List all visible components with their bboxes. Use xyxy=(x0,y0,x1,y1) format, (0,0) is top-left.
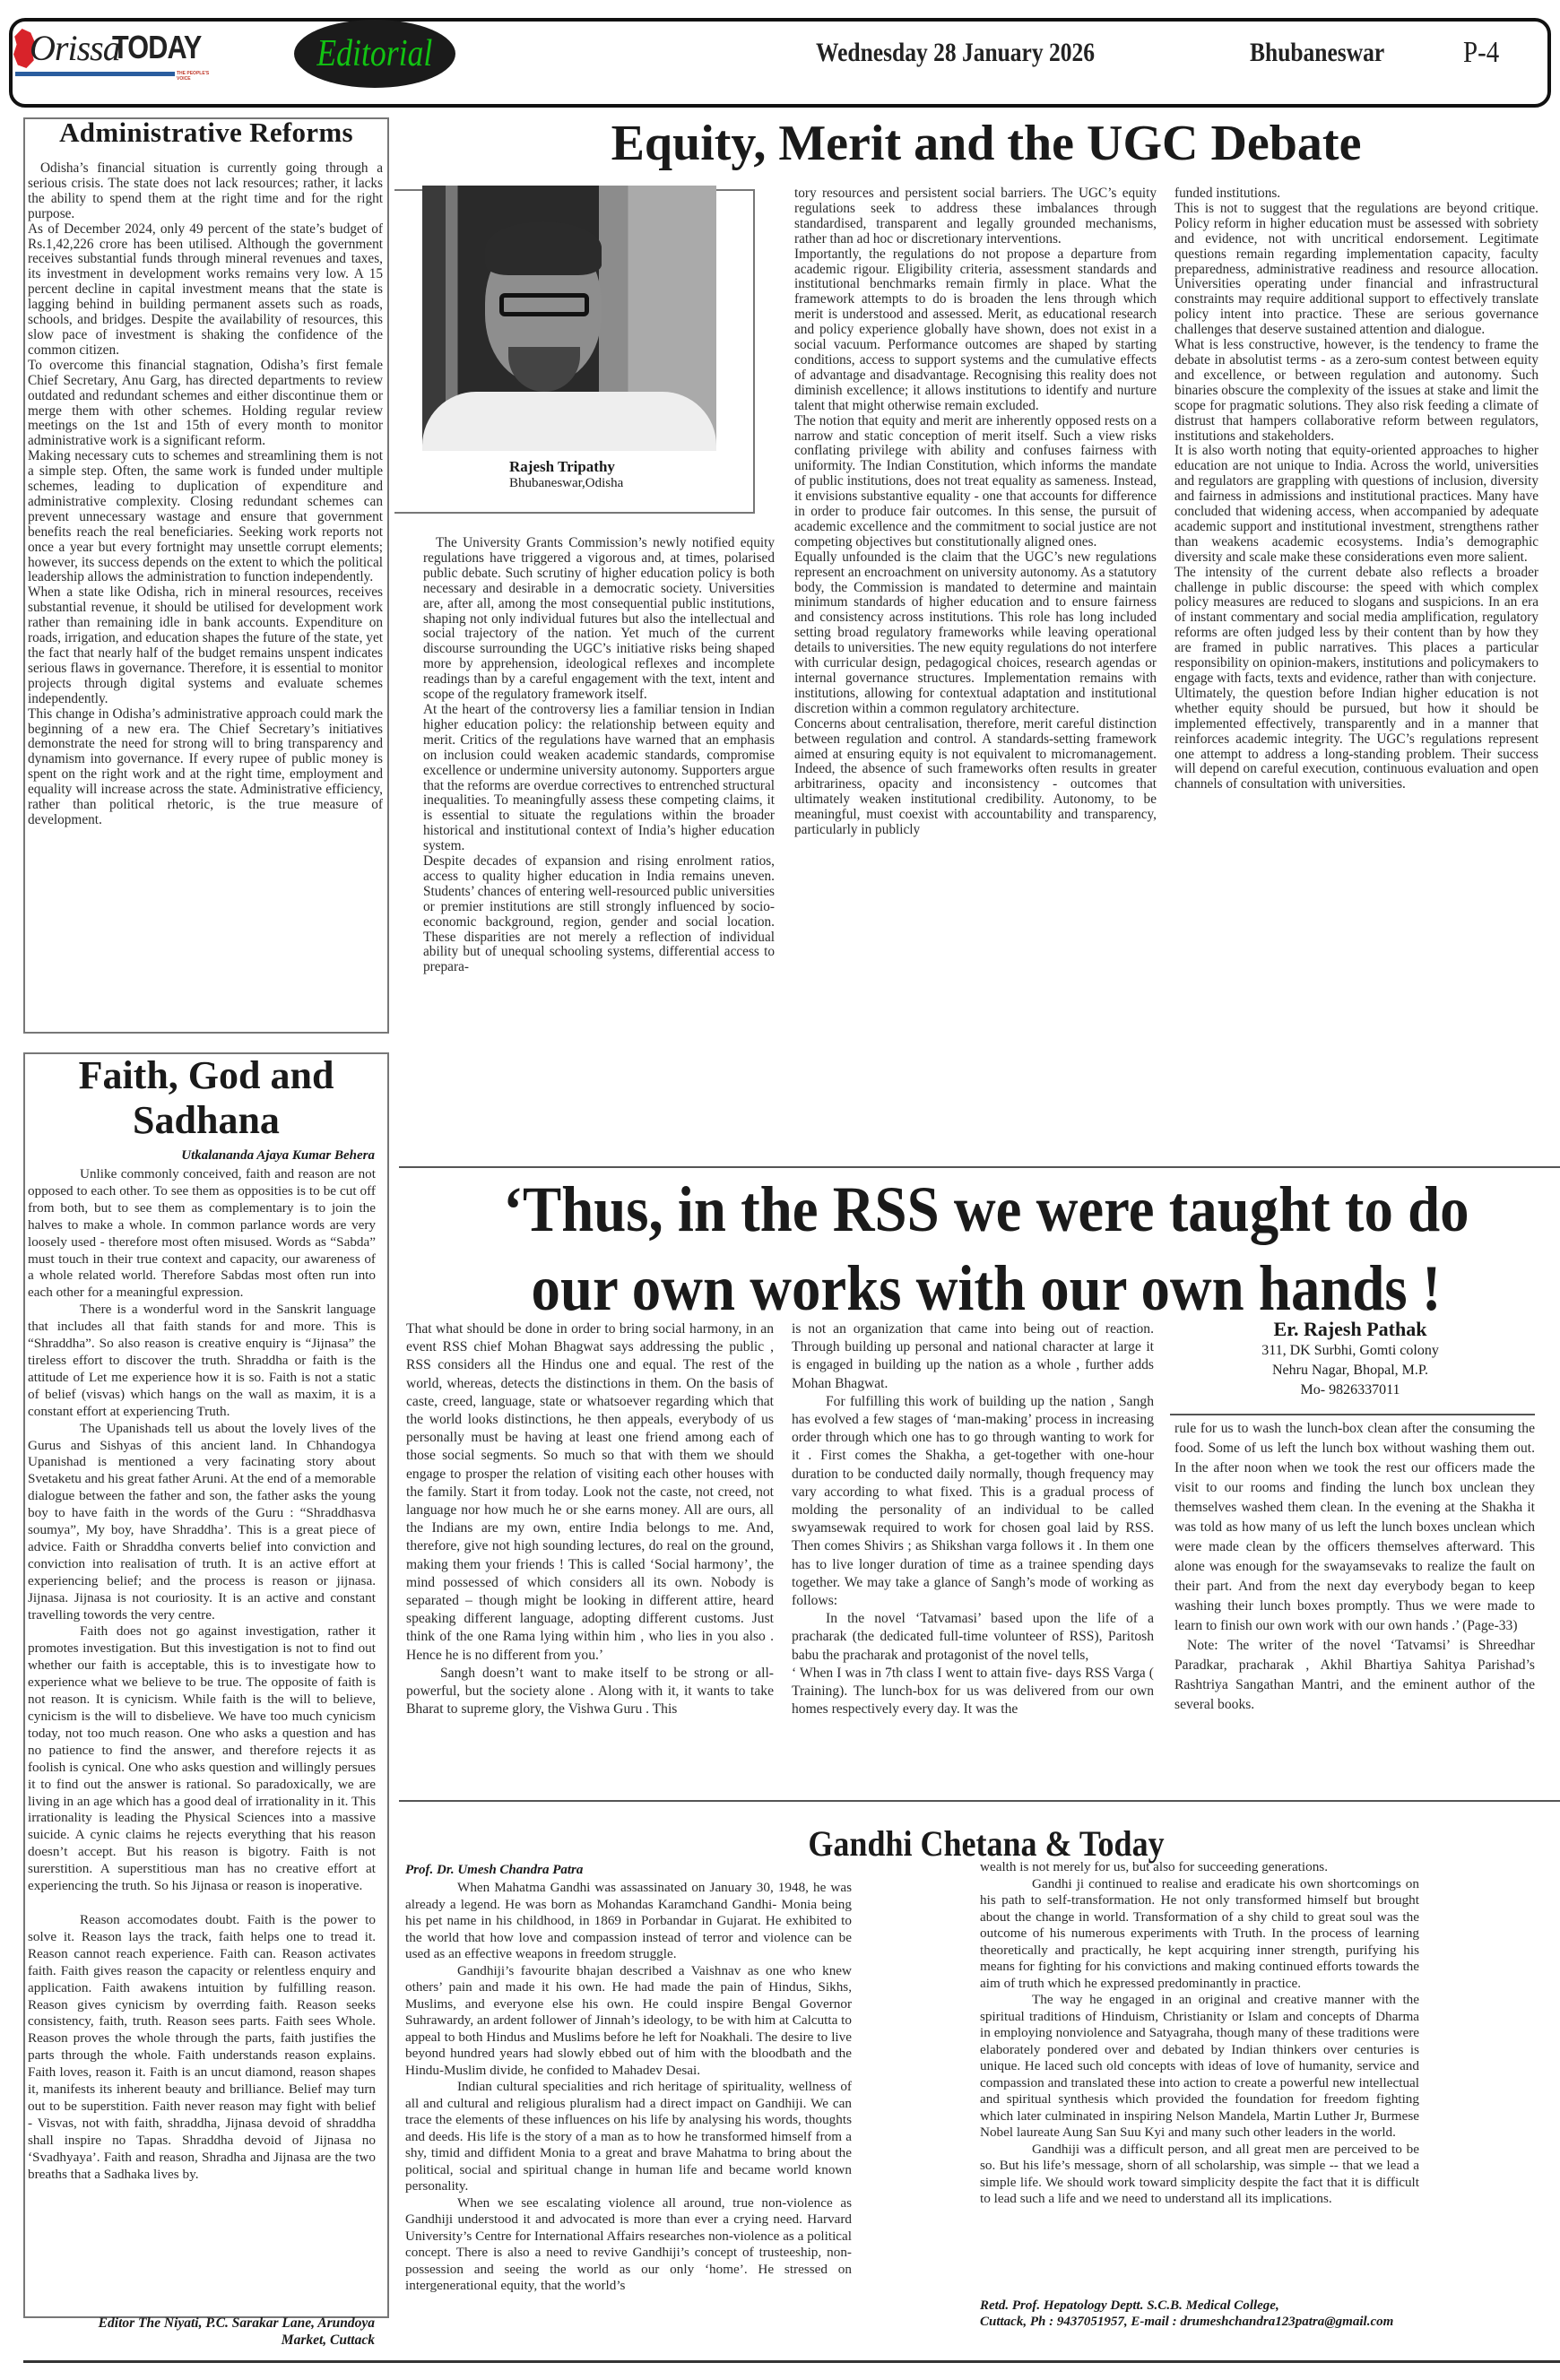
editorial-section-badge: Editorial xyxy=(294,20,455,88)
orissa-today-logo[interactable]: Orissa TODAY THE PEOPLE'S VOICE xyxy=(13,27,220,81)
paragraph: wealth is not merely for us, but also fo… xyxy=(980,1859,1419,1876)
author-divider xyxy=(1170,1414,1535,1415)
paragraph: This is not to suggest that the regulati… xyxy=(1174,202,1538,338)
equity-column-1: The University Grants Commission’s newly… xyxy=(423,536,775,975)
rss-author-name: Er. Rajesh Pathak xyxy=(1166,1318,1535,1341)
paragraph: Odisha’s financial situation is currentl… xyxy=(28,161,383,222)
faith-article-title: Faith, God and Sadhana xyxy=(24,1053,388,1143)
paragraph: The notion that equity and merit are inh… xyxy=(794,414,1157,550)
section-divider xyxy=(399,1800,1560,1802)
paragraph: ‘ When I was in 7th class I went to atta… xyxy=(792,1665,1154,1719)
paragraph: It is also worth noting that equity-orie… xyxy=(1174,444,1538,565)
paragraph: Gandhiji’s favourite bhajan described a … xyxy=(405,1963,852,2080)
paragraph: tory resources and persistent social bar… xyxy=(794,186,1157,247)
faith-footer-line2: Market, Cuttack xyxy=(282,2332,375,2348)
paragraph: This change in Odisha’s administrative a… xyxy=(28,707,383,828)
rss-column-1: That what should be done in order to bri… xyxy=(406,1320,774,1718)
paragraph: Making necessary cuts to schemes and str… xyxy=(28,449,383,585)
faith-footer: Editor The Niyati, P.C. Sarakar Lane, Ar… xyxy=(27,2315,375,2349)
logo-today-text: TODAY xyxy=(112,29,201,66)
paragraph: When a state like Odisha, rich in minera… xyxy=(28,585,383,706)
rss-column-3: rule for us to wash the lunch-box clean … xyxy=(1174,1419,1535,1715)
rss-author-address1: 311, DK Surbhi, Gomti colony xyxy=(1166,1341,1535,1361)
paragraph: Reason accomodates doubt. Faith is the p… xyxy=(28,1912,376,2184)
admin-reforms-title: Administrative Reforms xyxy=(24,117,388,149)
paragraph: The Upanishads tell us about the lovely … xyxy=(28,1421,376,1624)
paragraph: Equally unfounded is the claim that the … xyxy=(794,550,1157,717)
gandhi-column-2: wealth is not merely for us, but also fo… xyxy=(980,1859,1419,2208)
photo-glasses xyxy=(499,293,589,316)
paragraph: Indian cultural specialities and rich he… xyxy=(405,2079,852,2195)
faith-title-line1: Faith, God and xyxy=(79,1053,334,1097)
paragraph: Gandhiji was a difficult person, and all… xyxy=(980,2142,1419,2208)
paragraph: When we see escalating violence all arou… xyxy=(405,2195,852,2295)
paragraph: The intensity of the current debate also… xyxy=(1174,566,1538,687)
faith-footer-line1: Editor The Niyati, P.C. Sarakar Lane, Ar… xyxy=(99,2315,375,2331)
faith-author: Utkalananda Ajaya Kumar Behera xyxy=(27,1148,375,1164)
rss-title-line2: our own works with our own hands ! xyxy=(532,1252,1442,1324)
rss-article-title: ‘Thus, in the RSS we were taught to do o… xyxy=(470,1170,1503,1328)
logo-underline xyxy=(15,72,175,76)
paragraph: There is a wonderful word in the Sanskri… xyxy=(28,1302,376,1420)
paragraph: For fulfilling this work of building up … xyxy=(792,1393,1154,1610)
equity-article-title: Equity, Merit and the UGC Debate xyxy=(502,115,1470,172)
paragraph: That what should be done in order to bri… xyxy=(406,1320,774,1665)
gandhi-author: Prof. Dr. Umesh Chandra Patra xyxy=(405,1863,583,1878)
author-location: Bhubaneswar,Odisha xyxy=(509,476,623,491)
editorial-label: Editorial xyxy=(317,32,433,75)
gandhi-article-title: Gandhi Chetana & Today xyxy=(470,1822,1503,1865)
paragraph: Concerns about centralisation, therefore… xyxy=(794,717,1157,838)
paragraph: Despite decades of expansion and rising … xyxy=(423,854,775,975)
rss-author-address2: Nehru Nagar, Bhopal, M.P. xyxy=(1166,1361,1535,1380)
photo-beard xyxy=(508,347,580,392)
paragraph: Unlike commonly conceived, faith and rea… xyxy=(28,1166,376,1302)
page-number: P-4 xyxy=(1463,36,1499,70)
edition-city: Bhubaneswar xyxy=(1250,38,1384,68)
paragraph: The University Grants Commission’s newly… xyxy=(423,536,775,703)
issue-date: Wednesday 28 January 2026 xyxy=(816,38,1095,68)
gandhi-footer-email[interactable]: Cuttack, Ph : 9437051957, E-mail : drume… xyxy=(980,2315,1393,2329)
photo-coat xyxy=(422,392,716,451)
author-photo xyxy=(422,186,716,451)
paragraph: The way he engaged in an original and cr… xyxy=(980,1992,1419,2142)
paragraph: When Mahatma Gandhi was assassinated on … xyxy=(405,1880,852,1963)
paragraph: Faith does not go against investigation,… xyxy=(28,1623,376,1895)
equity-column-2: tory resources and persistent social bar… xyxy=(794,186,1157,838)
paragraph: To overcome this financial stagnation, O… xyxy=(28,359,383,449)
paragraph: funded institutions. xyxy=(1174,186,1538,202)
logo-tagline: THE PEOPLE'S VOICE xyxy=(177,71,220,82)
faith-title-line2: Sadhana xyxy=(133,1098,280,1142)
gandhi-column-1: When Mahatma Gandhi was assassinated on … xyxy=(405,1880,852,2295)
gandhi-footer: Retd. Prof. Hepatology Deptt. S.C.B. Med… xyxy=(980,2298,1393,2330)
photo-hair-top xyxy=(485,221,602,275)
paragraph: Note: The writer of the novel ‘Tatvamsi’… xyxy=(1174,1636,1535,1715)
paragraph: Gandhi ji continued to realise and eradi… xyxy=(980,1876,1419,1993)
paragraph: At the heart of the controversy lies a f… xyxy=(423,703,775,854)
paragraph: In the novel ‘Tatvamasi’ based upon the … xyxy=(792,1610,1154,1665)
paragraph: rule for us to wash the lunch-box clean … xyxy=(1174,1419,1535,1636)
paragraph: As of December 2024, only 49 percent of … xyxy=(28,222,383,359)
rss-column-2: is not an organization that came into be… xyxy=(792,1320,1154,1718)
rss-author-phone: Mo- 9826337011 xyxy=(1166,1380,1535,1400)
paragraph: Ultimately, the question before Indian h… xyxy=(1174,687,1538,792)
paragraph: What is less constructive, however, is t… xyxy=(1174,338,1538,444)
gandhi-footer-line1: Retd. Prof. Hepatology Deptt. S.C.B. Med… xyxy=(980,2298,1279,2313)
page-bottom-rule xyxy=(23,2360,1560,2363)
rss-title-line1: ‘Thus, in the RSS we were taught to do xyxy=(503,1173,1469,1245)
paragraph: is not an organization that came into be… xyxy=(792,1320,1154,1393)
equity-column-3: funded institutions. This is not to sugg… xyxy=(1174,186,1538,792)
admin-reforms-body: Odisha’s financial situation is currentl… xyxy=(28,161,383,828)
rss-author-block: Er. Rajesh Pathak 311, DK Surbhi, Gomti … xyxy=(1166,1318,1535,1400)
logo-orissa-text: Orissa xyxy=(30,27,120,69)
paragraph: Importantly, the regulations do not prop… xyxy=(794,247,1157,414)
paragraph: Sangh doesn’t want to make itself to be … xyxy=(406,1665,774,1719)
section-divider xyxy=(399,1166,1560,1168)
author-name: Rajesh Tripathy xyxy=(509,458,615,476)
faith-body: Unlike commonly conceived, faith and rea… xyxy=(28,1166,376,2183)
